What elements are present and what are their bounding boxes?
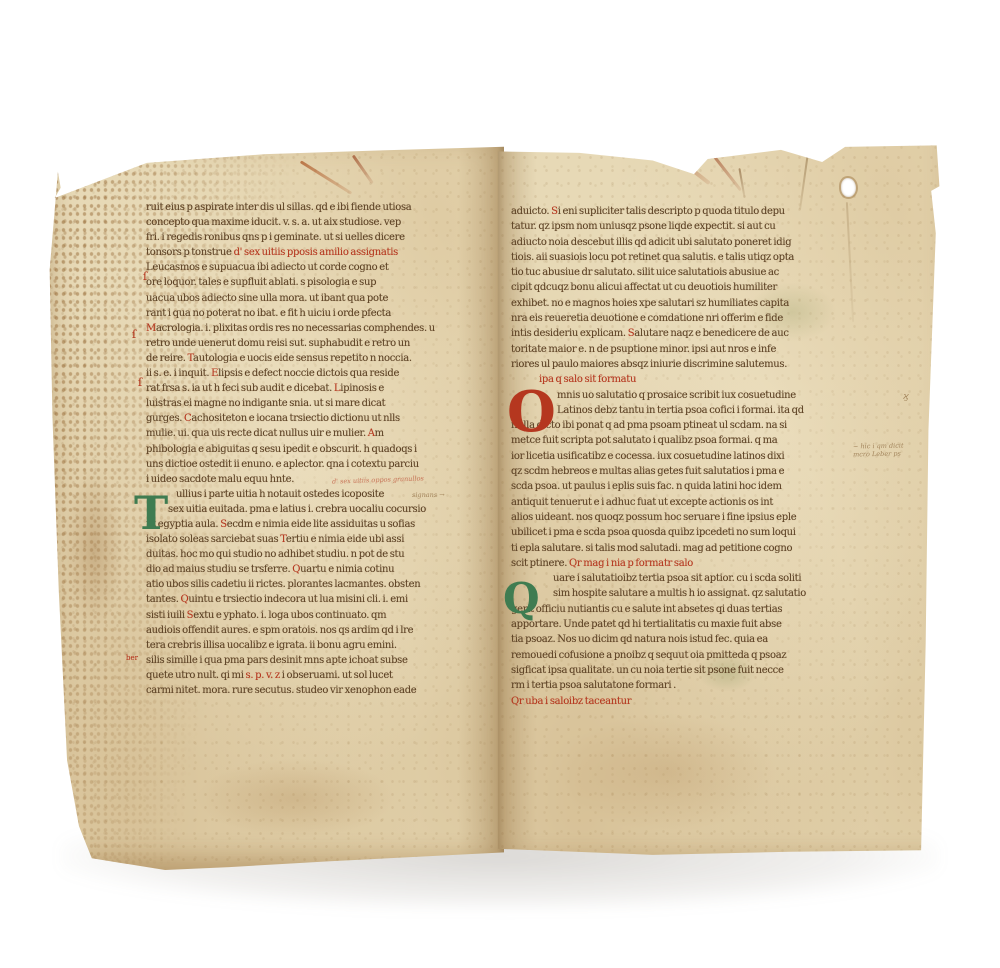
text-line: cipit qdcuqz bonu alicui affectat ut cu …: [511, 280, 851, 295]
text-line: i uideo sacdote malu equu hnte.: [146, 472, 481, 487]
body-text: tantes.: [146, 594, 180, 605]
decorated-initial-Q: Q: [503, 578, 540, 620]
body-text: tio tuc abusiue dr salutato. silit uice …: [511, 267, 779, 278]
text-line: Qr uba i saloibz taceantur: [511, 694, 851, 709]
body-text: gerit officiu nutiantis cu e salute int …: [511, 604, 782, 615]
text-line: gurges. Cachositeton e iocana trsiectio …: [146, 411, 481, 426]
body-text: ti epla salutare. si talis mod salutadi.…: [511, 543, 792, 554]
body-text: intis desideriu explicam.: [511, 328, 628, 339]
text-line: quete utro nult. qi mi s. p. v. z i obse…: [146, 668, 481, 683]
body-text: dio ad maius studiu se trsferre.: [146, 564, 292, 575]
text-line: metce fuit scripta pot salutato i qualib…: [511, 433, 851, 448]
rubric-text: d' sex uitiis pposis amilio assignatis: [234, 247, 398, 258]
body-text: duitas. hoc mo qui studio no adhibet stu…: [146, 549, 404, 560]
stain: [557, 712, 777, 832]
text-line: phibologia e abiguitas q sesu ipedit e o…: [146, 442, 481, 457]
stain: [196, 758, 396, 838]
text-line: dio ad maius studiu se trsferre. Quartu …: [146, 562, 481, 577]
text-line: tatur. qz ipsm nom uniusqz psone liqde e…: [511, 219, 851, 234]
text-line: rant i qua no poterat no ibat. e fit h u…: [146, 306, 481, 321]
body-text: ecdm e nimia eide lite assiduitas u sofi…: [227, 519, 415, 530]
body-text: aduicto.: [511, 206, 551, 217]
body-text: tia psoaz. Nos uo dicim qd natura nois i…: [511, 634, 768, 645]
text-line: scit ptinere. Qr mag i nia p formatr sal…: [511, 556, 851, 571]
body-text: uns dictioe ostedit ii enuno. e aplector…: [146, 459, 419, 470]
text-line: tera crebris illisa uocalibz e igrata. i…: [146, 638, 481, 653]
rubric-text: Q: [292, 564, 300, 575]
text-line: duitas. hoc mo qui studio no adhibet stu…: [146, 547, 481, 562]
body-text: tonsors p tonstrue: [146, 247, 234, 258]
body-text: exhibet. no e magnos hoies xpe salutari …: [511, 298, 789, 309]
text-line: Leucasmos e supuacua ibi adiecto ut cord…: [146, 260, 481, 275]
body-text: concepto qua maxime iducit. v. s. a. ut …: [146, 217, 401, 228]
text-line: apportare. Unde patet qd hi tertialitati…: [511, 617, 851, 632]
body-text: achositeton e iocana trsiectio dictionu …: [191, 413, 399, 424]
text-line: ore loquor. tales e supfluit ablati. s p…: [146, 275, 481, 290]
text-line: tantes. Quintu e trsiectio indecora ut l…: [146, 592, 481, 607]
text-line: uare i salutatioibz tertia psoa sit apti…: [511, 571, 851, 586]
text-line: ipa q salo sit formatu: [511, 372, 851, 387]
body-text: alios uideant. nos quoqz possum hoc seru…: [511, 512, 796, 523]
body-text: cipit qdcuqz bonu alicui affectat ut cu …: [511, 282, 777, 293]
rubric-text: A: [368, 428, 375, 439]
text-line: ut egyptia aula. Secdm e nimia eide lite…: [146, 517, 481, 532]
parchment-hole: [841, 178, 856, 197]
text-line: tonsors p tonstrue d' sex uitiis pposis …: [146, 245, 481, 260]
text-line: audiois offendit aures. e spm oratois. n…: [146, 623, 481, 638]
body-text: riores ul paulo maiores absqz iniurie di…: [511, 359, 787, 370]
body-text: extu e yphato. i. loga ubos continuato. …: [193, 610, 386, 621]
paraph-mark: ſ: [143, 270, 147, 283]
text-line: antiquit tenuerut e i adhuc fuat ut exce…: [511, 495, 851, 510]
rust-streak: [738, 168, 745, 198]
body-text: remouedi cofusione a pnoibz q sequut oia…: [511, 650, 786, 661]
body-text: ertiu e nimia eide ubi assi: [286, 534, 404, 545]
body-text: sisti iuili: [146, 610, 187, 621]
paraph-mark: ſ: [132, 328, 136, 341]
text-line: sim hospite salutare a multis h io assig…: [511, 586, 851, 601]
body-text: m: [375, 428, 384, 439]
text-line: rm i tertia psoa salutatone formari .: [511, 678, 851, 693]
text-line: tia psoaz. Nos uo dicim qd natura nois i…: [511, 632, 851, 647]
text-column: ruit eius p aspirate inter dis ul sillas…: [146, 200, 481, 698]
rubric-text: Qr mag i nia p formatr salo: [569, 558, 693, 569]
text-line: ruit eius p aspirate inter dis ul sillas…: [146, 200, 481, 215]
text-line: qz scdm hebreos e multas alias getes fui…: [511, 464, 851, 479]
text-line: intis desideriu explicam. Salutare naqz …: [511, 326, 851, 341]
body-text: uartu e nimia cotinu: [300, 564, 394, 575]
text-line: Latinos debz tantu in tertia psoa cofici…: [511, 403, 851, 418]
body-text: tatur. qz ipsm nom uniusqz psone liqde e…: [511, 221, 776, 232]
text-line: ior licetia usificatibz e cocessa. iux c…: [511, 449, 851, 464]
body-text: uacua ubos adiecto sine ulla mora. ut ib…: [146, 293, 388, 304]
body-text: carmi nitet. mora. rure secutus. studeo …: [146, 685, 416, 696]
text-line: silis simille i qua pma pars desinit mns…: [146, 653, 481, 668]
body-text: mulie. ui. qua uis recte dicat nullus ui…: [146, 428, 368, 439]
body-text: de reire.: [146, 353, 187, 364]
text-line: retro unde uenerut domu reisi sut. supha…: [146, 336, 481, 351]
body-text: sim hospite salutare a multis h io assig…: [553, 588, 806, 599]
text-line: toritate maior e. n de psuptione minor. …: [511, 342, 851, 357]
body-text: rm i tertia psoa salutatone formari .: [511, 680, 676, 691]
text-line: tiois. aii suasiois locu pot retinet qua…: [511, 250, 851, 265]
text-line: fri. i regedis ronibus qns p i geminate.…: [146, 230, 481, 245]
body-text: phibologia e abiguitas q sesu ipedit e o…: [146, 444, 417, 455]
tear-line: [799, 152, 809, 210]
text-line: sigficat ipsa qualitate. un cu noia tert…: [511, 663, 851, 678]
text-line: aduicto. Si eni supliciter talis descrip…: [511, 204, 851, 219]
text-line: alios uideant. nos quoqz possum hoc seru…: [511, 510, 851, 525]
body-text: quete utro nult. qi mi: [146, 670, 246, 681]
text-line: ubilicet i pma e scda psoa quosda quibz …: [511, 525, 851, 540]
body-text: alutare naqz e benedicere de auc: [634, 328, 788, 339]
text-line: uacua ubos adiecto sine ulla mora. ut ib…: [146, 291, 481, 306]
body-text: acrologia. i. plixitas ordis res no nece…: [156, 323, 435, 334]
text-line: mnis uo salutatio q prosaice scribit iux…: [511, 388, 851, 403]
body-text: ruit eius p aspirate inter dis ul sillas…: [146, 202, 411, 213]
rust-streak: [352, 155, 374, 184]
body-text: tiois. aii suasiois locu pot retinet qua…: [511, 252, 794, 263]
marginal-note: ~ hic i qm dicitmcro Leber ps: [853, 442, 904, 459]
body-text: i uideo sacdote malu equu hnte.: [146, 474, 294, 485]
body-text: silis simille i qua pma pars desinit mns…: [146, 655, 408, 666]
photograph-scene: ruit eius p aspirate inter dis ul sillas…: [0, 0, 1000, 968]
body-text: gurges.: [146, 413, 184, 424]
body-text: scda psoa. ut paulus i eplis suis fac. n…: [511, 481, 782, 492]
body-text: ubilicet i pma e scda psoa quosda quibz …: [511, 527, 796, 538]
body-text: uare i salutatioibz tertia psoa sit apti…: [553, 573, 801, 584]
text-line: sex uitia euitada. pma e latius i. crebr…: [146, 502, 481, 517]
rust-streak: [300, 160, 352, 194]
body-text: fri. i regedis ronibus qns p i geminate.…: [146, 232, 405, 243]
text-line: tio tuc abusiue dr salutato. silit uice …: [511, 265, 851, 280]
marginal-note: ϗ: [903, 392, 909, 403]
body-text: ore loquor. tales e supfluit ablati. s p…: [146, 277, 376, 288]
body-text: adiucto noia descebut illis qd adicit ub…: [511, 237, 791, 248]
body-text: lipsis e defect noccie dictois qua resid…: [218, 368, 399, 379]
text-line: exhibet. no e magnos hoies xpe salutari …: [511, 296, 851, 311]
body-text: Leucasmos e supuacua ibi adiecto ut cord…: [146, 262, 389, 273]
text-line: isolato soleas sarciebat suas Tertiu e n…: [146, 532, 481, 547]
body-text: ior licetia usificatibz e cocessa. iux c…: [511, 451, 784, 462]
marginal-note: signans →: [412, 491, 445, 499]
text-line: gerit officiu nutiantis cu e salute int …: [511, 602, 851, 617]
text-line: adiucto noia descebut illis qd adicit ub…: [511, 235, 851, 250]
body-text: sex uitia euitada. pma e latius i. crebr…: [168, 504, 426, 515]
rust-streak: [653, 139, 711, 185]
paraph-mark: ſ: [138, 376, 142, 389]
body-text: i eni supliciter talis descripto p quoda…: [558, 206, 785, 217]
text-line: carmi nitet. mora. rure secutus. studeo …: [146, 683, 481, 698]
text-line: luistras ei magne no indigante snia. ut …: [146, 396, 481, 411]
text-line: nulla dicto ibi ponat q ad pma psoam pti…: [511, 418, 851, 433]
body-text: qz scdm hebreos e multas alias getes fui…: [511, 466, 784, 477]
body-text: antiquit tenuerut e i adhuc fuat ut exce…: [511, 497, 773, 508]
body-text: autologia e uocis eide sensus repetito n…: [193, 353, 412, 364]
rubric-text: Qr uba i saloibz taceantur: [511, 696, 631, 707]
text-line: mulie. ui. qua uis recte dicat nullus ui…: [146, 426, 481, 441]
text-line: de reire. Tautologia e uocis eide sensus…: [146, 351, 481, 366]
text-column: aduicto. Si eni supliciter talis descrip…: [511, 204, 851, 709]
body-text: apportare. Unde patet qd hi tertialitati…: [511, 619, 782, 630]
body-text: ullius i parte uitia h notauit ostedes i…: [176, 489, 384, 500]
body-text: atio ubos silis cadetiu ii rictes. plora…: [146, 579, 420, 590]
body-text: rant i qua no poterat no ibat. e fit h u…: [146, 308, 391, 319]
body-text: Latinos debz tantu in tertia psoa cofici…: [557, 405, 804, 416]
text-line: rat frsa s. ia ut h feci sub audit e dic…: [146, 381, 481, 396]
body-text: rat frsa s. ia ut h feci sub audit e dic…: [146, 383, 334, 394]
decorated-initial-O: O: [507, 384, 556, 440]
body-text: toritate maior e. n de psuptione minor. …: [511, 344, 776, 355]
text-line: atio ubos silis cadetiu ii rictes. plora…: [146, 577, 481, 592]
rust-streak: [710, 152, 742, 192]
text-line: concepto qua maxime iducit. v. s. a. ut …: [146, 215, 481, 230]
body-text: tera crebris illisa uocalibz e igrata. i…: [146, 640, 397, 651]
paraph-mark: ber: [126, 654, 138, 662]
text-line: remouedi cofusione a pnoibz q sequut oia…: [511, 648, 851, 663]
text-line: uns dictioe ostedit ii enuno. e aplector…: [146, 457, 481, 472]
body-text: ipinosis e: [340, 383, 384, 394]
rubric-text: M: [146, 323, 156, 334]
text-line: ii s. e. i inquit. Elipsis e defect nocc…: [146, 366, 481, 381]
text-line: ti epla salutare. si talis mod salutadi.…: [511, 541, 851, 556]
stain: [64, 468, 124, 628]
decorated-initial-T: T: [134, 490, 168, 536]
right-page: aduicto. Si eni supliciter talis descrip…: [497, 112, 955, 870]
text-line: Macrologia. i. plixitas ordis res no nec…: [146, 321, 481, 336]
body-text: sigficat ipsa qualitate. un cu noia tert…: [511, 665, 784, 676]
body-text: i obseruami. ut sol lucet: [280, 670, 393, 681]
body-text: audiois offendit aures. e spm oratois. n…: [146, 625, 413, 636]
body-text: ii s. e. i inquit.: [146, 368, 211, 379]
text-line: nra eis reueretia deuotione e comdatione…: [511, 311, 851, 326]
left-page: ruit eius p aspirate inter dis ul sillas…: [46, 138, 504, 870]
rubric-text: s. p. v. z: [246, 670, 280, 681]
body-text: retro unde uenerut domu reisi sut. supha…: [146, 338, 410, 349]
body-text: nra eis reueretia deuotione e comdatione…: [511, 313, 783, 324]
text-line: scda psoa. ut paulus i eplis suis fac. n…: [511, 479, 851, 494]
text-line: riores ul paulo maiores absqz iniurie di…: [511, 357, 851, 372]
body-text: mnis uo salutatio q prosaice scribit iux…: [557, 390, 796, 401]
body-text: luistras ei magne no indigante snia. ut …: [146, 398, 385, 409]
body-text: scit ptinere.: [511, 558, 569, 569]
body-text: uintu e trsiectio indecora ut lua misini…: [188, 594, 408, 605]
text-line: sisti iuili Sextu e yphato. i. loga ubos…: [146, 608, 481, 623]
